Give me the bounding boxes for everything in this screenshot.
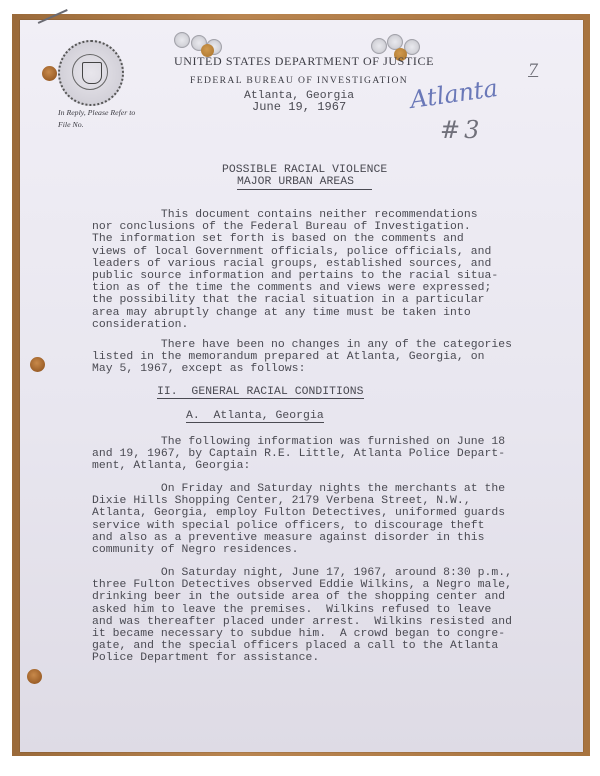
text-line: and also as a preventive measure against… (92, 532, 505, 544)
disclaimer-paragraph: This document contains neither recommend… (92, 209, 498, 331)
handwritten-page-number: 7 (528, 60, 538, 79)
text-line: ment, Atlanta, Georgia: (92, 460, 505, 472)
text-line: public source information and pertains t… (92, 270, 498, 282)
letterhead-date: June 19, 1967 (252, 101, 346, 113)
text-line: On Friday and Saturday nights the mercha… (92, 483, 505, 495)
handwritten-item-number: #3 (440, 116, 483, 144)
text-line: the possibility that the racial situatio… (92, 294, 498, 306)
text-line: The following information was furnished … (92, 436, 505, 448)
text-line: drinking beer in the outside area of the… (92, 591, 512, 603)
punch-hole-middle (30, 357, 45, 372)
fbi-seal-icon (58, 40, 124, 106)
text-line: three Fulton Detectives observed Eddie W… (92, 579, 512, 591)
department-name: UNITED STATES DEPARTMENT OF JUSTICE (174, 54, 434, 69)
merchants-paragraph: On Friday and Saturday nights the mercha… (92, 483, 505, 556)
text-line: The information set forth is based on th… (92, 233, 498, 245)
text-line: Dixie Hills Shopping Center, 2179 Verben… (92, 495, 505, 507)
text-line: May 5, 1967, except as follows: (92, 363, 512, 375)
punch-hole-top (42, 66, 57, 81)
arrest-paragraph: On Saturday night, June 17, 1967, around… (92, 567, 512, 665)
document-title-line-1: POSSIBLE RACIAL VIOLENCE (222, 164, 387, 176)
punch-hole-bottom (27, 669, 42, 684)
bureau-name: FEDERAL BUREAU OF INVESTIGATION (190, 75, 408, 86)
text-line: This document contains neither recommend… (92, 209, 498, 221)
intro-paragraph: There have been no changes in any of the… (92, 339, 512, 376)
text-line: nor conclusions of the Federal Bureau of… (92, 221, 498, 233)
text-line: service with special police officers, to… (92, 520, 505, 532)
text-line: leaders of various racial groups, establ… (92, 258, 498, 270)
text-line: asked him to leave the premises. Wilkins… (92, 604, 512, 616)
text-line: consideration. (92, 319, 498, 331)
text-line: community of Negro residences. (92, 544, 505, 556)
document-title-line-2: MAJOR URBAN AREAS (237, 176, 372, 190)
text-line: views of local Government officials, pol… (92, 246, 498, 258)
file-number-label: File No. (58, 119, 135, 131)
text-line: area may abruptly change at any time mus… (92, 307, 498, 319)
text-line: On Saturday night, June 17, 1967, around… (92, 567, 512, 579)
text-line: and 19, 1967, by Captain R.E. Little, At… (92, 448, 505, 460)
subsection-heading: A. Atlanta, Georgia (186, 410, 324, 423)
reply-line-1: In Reply, Please Refer to (58, 107, 135, 119)
text-line: There have been no changes in any of the… (92, 339, 512, 351)
text-line: gate, and the special officers placed a … (92, 640, 512, 652)
text-line: listed in the memorandum prepared at Atl… (92, 351, 512, 363)
reply-instruction: In Reply, Please Refer to File No. (58, 107, 135, 131)
text-line: it became necessary to subdue him. A cro… (92, 628, 512, 640)
text-line: tion as of the time the comments and vie… (92, 282, 498, 294)
source-paragraph: The following information was furnished … (92, 436, 505, 473)
text-line: Atlanta, Georgia, employ Fulton Detectiv… (92, 507, 505, 519)
text-line: and was thereafter placed under arrest. … (92, 616, 512, 628)
section-heading: II. GENERAL RACIAL CONDITIONS (157, 386, 364, 399)
text-line: Police Department for assistance. (92, 652, 512, 664)
